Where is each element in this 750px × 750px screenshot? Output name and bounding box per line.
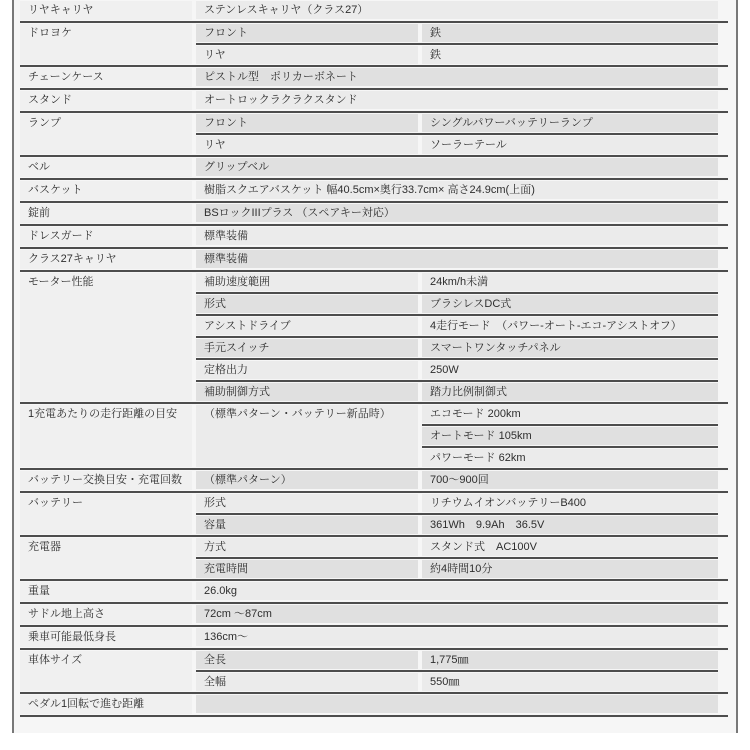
spec-subkey: 形式 — [196, 295, 418, 313]
spec-value: 樹脂スクエアバスケット 幅40.5cm×奥行33.7cm× 高さ24.9cm(上… — [196, 181, 718, 199]
spec-subrow: パワーモード 62km — [422, 446, 718, 468]
spec-subrow: 標準装備 — [196, 249, 718, 269]
spec-group-body: フロント シングルパワーバッテリーランプ リヤ ソーラーテール — [196, 113, 718, 155]
spec-row-label: 錠前 — [20, 204, 192, 223]
spec-group-body: 26.0kg — [196, 581, 718, 602]
spec-row-label: スタンド — [20, 91, 192, 110]
spec-group-body: フロント 鉄 リヤ 鉄 — [196, 23, 718, 65]
spec-group-basket: バスケット 樹脂スクエアバスケット 幅40.5cm×奥行33.7cm× 高さ24… — [20, 178, 728, 201]
spec-subrow: 26.0kg — [196, 581, 718, 601]
spec-subkey: フロント — [196, 24, 418, 42]
spec-subkey: （標準パターン） — [196, 471, 418, 489]
spec-row-label: 重量 — [20, 582, 192, 601]
spec-group-body: （標準パターン） 700～900回 — [196, 470, 718, 491]
spec-group-body: 136cm～ — [196, 627, 718, 648]
spec-subrow: 形式 リチウムイオンバッテリーB400 — [196, 493, 718, 513]
spec-subrow: ピストル型 ポリカーボネート — [196, 67, 718, 87]
spec-value: 700～900回 — [422, 471, 718, 489]
spec-group-body: 補助速度範囲 24km/h未満 形式 ブラシレスDC式 アシストドライブ 4走行… — [196, 272, 718, 402]
spec-subrow: 方式 スタンド式 AC100V — [196, 537, 718, 557]
spec-row-label: バスケット — [20, 181, 192, 200]
spec-subkey: 充電時間 — [196, 560, 418, 578]
spec-group-saddle-height: サドル地上高さ 72cm ～87cm — [20, 602, 728, 625]
spec-value: ステンレスキャリヤ（クラス27） — [196, 1, 718, 19]
spec-value: BSロックIIIプラス （スペアキー対応） — [196, 204, 718, 222]
spec-group-lock: 錠前 BSロックIIIプラス （スペアキー対応） — [20, 201, 728, 224]
spec-group-body: オートロックラクラクスタンド — [196, 90, 718, 111]
spec-subkey: 補助制御方式 — [196, 383, 418, 401]
spec-subkey: リヤ — [196, 136, 418, 154]
spec-row-label: ペダル1回転で進む距離 — [20, 695, 192, 714]
spec-value: 約4時間10分 — [422, 560, 718, 578]
spec-row-label: リヤキャリヤ — [20, 1, 192, 20]
spec-row-label: ドレスガード — [20, 227, 192, 246]
spec-subrow: フロント シングルパワーバッテリーランプ — [196, 113, 718, 133]
spec-group-body: BSロックIIIプラス （スペアキー対応） — [196, 203, 718, 224]
spec-subkey: 容量 — [196, 516, 418, 534]
spec-subrow: 樹脂スクエアバスケット 幅40.5cm×奥行33.7cm× 高さ24.9cm(上… — [196, 180, 718, 200]
spec-row-label: ベル — [20, 158, 192, 177]
spec-value: スタンド式 AC100V — [422, 538, 718, 556]
spec-group-body: 方式 スタンド式 AC100V 充電時間 約4時間10分 — [196, 537, 718, 579]
spec-subkey: 形式 — [196, 494, 418, 512]
spec-row-label: モーター性能 — [20, 273, 192, 401]
spec-subrow: リヤ ソーラーテール — [196, 133, 718, 155]
spec-subrow: （標準パターン） 700～900回 — [196, 470, 718, 490]
spec-subrow: 補助制御方式 踏力比例制御式 — [196, 380, 718, 402]
spec-group-motor: モーター性能 補助速度範囲 24km/h未満 形式 ブラシレスDC式 アシストド… — [20, 270, 728, 402]
spec-row-label: 1充電あたりの走行距離の目安 — [20, 405, 192, 467]
spec-subrow: 容量 361Wh 9.9Ah 36.5V — [196, 513, 718, 535]
spec-value: 72cm ～87cm — [196, 605, 718, 623]
spec-group-charger: 充電器 方式 スタンド式 AC100V 充電時間 約4時間10分 — [20, 535, 728, 579]
spec-row-label: 乗車可能最低身長 — [20, 628, 192, 647]
spec-subrow: 72cm ～87cm — [196, 604, 718, 624]
spec-group-body: 72cm ～87cm — [196, 604, 718, 625]
spec-value: 4走行モード （パワー-オート-エコ-アシストオフ） — [422, 317, 718, 335]
spec-value: 標準装備 — [196, 250, 718, 268]
spec-group-body: グリップベル — [196, 157, 718, 178]
spec-group-rear-carrier: リヤキャリヤ ステンレスキャリヤ（クラス27） — [20, 0, 728, 21]
spec-group-battery-cycles: バッテリー交換目安・充電回数 （標準パターン） 700～900回 — [20, 468, 728, 491]
spec-subrow — [196, 694, 718, 714]
spec-value: 550㎜ — [422, 673, 718, 691]
spec-value: 鉄 — [422, 24, 718, 42]
spec-value: パワーモード 62km — [422, 449, 718, 467]
spec-value: エコモード 200km — [422, 405, 718, 423]
spec-panel: リヤキャリヤ ステンレスキャリヤ（クラス27） ドロヨケ フロント 鉄 リヤ 鉄 — [12, 0, 738, 733]
spec-subkey: 補助速度範囲 — [196, 273, 418, 291]
spec-row-label: クラス27キャリヤ — [20, 250, 192, 269]
spec-group-body: 標準装備 — [196, 226, 718, 247]
spec-subrow: アシストドライブ 4走行モード （パワー-オート-エコ-アシストオフ） — [196, 314, 718, 336]
spec-subrow: オートロックラクラクスタンド — [196, 90, 718, 110]
spec-group-lamp: ランプ フロント シングルパワーバッテリーランプ リヤ ソーラーテール — [20, 111, 728, 155]
spec-subrow: 136cm～ — [196, 627, 718, 647]
spec-subkey: リヤ — [196, 46, 418, 64]
spec-group-body-size: 車体サイズ 全長 1,775㎜ 全幅 550㎜ — [20, 648, 728, 692]
spec-value: オートロックラクラクスタンド — [196, 91, 718, 109]
spec-group-body: エコモード 200km オートモード 105km パワーモード 62km — [422, 404, 718, 468]
spec-value: 標準装備 — [196, 227, 718, 245]
spec-value: 鉄 — [422, 46, 718, 64]
spec-value: スマートワンタッチパネル — [422, 339, 718, 357]
spec-group-bell: ベル グリップベル — [20, 155, 728, 178]
spec-subrow: グリップベル — [196, 157, 718, 177]
spec-group-dressguard: ドレスガード 標準装備 — [20, 224, 728, 247]
spec-group-range: 1充電あたりの走行距離の目安 （標準パターン・バッテリー新品時） エコモード 2… — [20, 402, 728, 468]
spec-row-label: 車体サイズ — [20, 651, 192, 691]
spec-subrow: ステンレスキャリヤ（クラス27） — [196, 0, 718, 20]
spec-group-body: 全長 1,775㎜ 全幅 550㎜ — [196, 650, 718, 692]
spec-subrow: 形式 ブラシレスDC式 — [196, 292, 718, 314]
spec-subrow: フロント 鉄 — [196, 23, 718, 43]
spec-subkey: アシストドライブ — [196, 317, 418, 335]
spec-value: 24km/h未満 — [422, 273, 718, 291]
spec-value: 26.0kg — [196, 582, 718, 600]
spec-value: 361Wh 9.9Ah 36.5V — [422, 516, 718, 534]
spec-value: ピストル型 ポリカーボネート — [196, 68, 718, 86]
spec-row-label: 充電器 — [20, 538, 192, 578]
spec-row-label: バッテリー — [20, 494, 192, 534]
spec-subrow: 標準装備 — [196, 226, 718, 246]
spec-value: オートモード 105km — [422, 427, 718, 445]
spec-subrow: BSロックIIIプラス （スペアキー対応） — [196, 203, 718, 223]
spec-group-battery: バッテリー 形式 リチウムイオンバッテリーB400 容量 361Wh 9.9Ah… — [20, 491, 728, 535]
spec-subrow: 手元スイッチ スマートワンタッチパネル — [196, 336, 718, 358]
spec-group-stand: スタンド オートロックラクラクスタンド — [20, 88, 728, 111]
spec-subrow: 全長 1,775㎜ — [196, 650, 718, 670]
spec-value: 踏力比例制御式 — [422, 383, 718, 401]
spec-value: 250W — [422, 361, 718, 379]
spec-value: リチウムイオンバッテリーB400 — [422, 494, 718, 512]
spec-group-body: ピストル型 ポリカーボネート — [196, 67, 718, 88]
spec-subrow: 充電時間 約4時間10分 — [196, 557, 718, 579]
spec-row-label: ドロヨケ — [20, 24, 192, 64]
spec-group-body: 樹脂スクエアバスケット 幅40.5cm×奥行33.7cm× 高さ24.9cm(上… — [196, 180, 718, 201]
spec-subrow: オートモード 105km — [422, 424, 718, 446]
spec-value: ブラシレスDC式 — [422, 295, 718, 313]
spec-subrow: 全幅 550㎜ — [196, 670, 718, 692]
spec-group-class27-carrier: クラス27キャリヤ 標準装備 — [20, 247, 728, 270]
spec-group-body: 形式 リチウムイオンバッテリーB400 容量 361Wh 9.9Ah 36.5V — [196, 493, 718, 535]
spec-subkey: 手元スイッチ — [196, 339, 418, 357]
spec-subkey: 定格出力 — [196, 361, 418, 379]
spec-row-label: サドル地上高さ — [20, 605, 192, 624]
spec-value: 1,775㎜ — [422, 651, 718, 669]
spec-value: 136cm～ — [196, 628, 718, 646]
spec-group-body: 標準装備 — [196, 249, 718, 270]
spec-group-min-height: 乗車可能最低身長 136cm～ — [20, 625, 728, 648]
spec-subrow: 補助速度範囲 24km/h未満 — [196, 272, 718, 292]
spec-value: ソーラーテール — [422, 136, 718, 154]
spec-value: シングルパワーバッテリーランプ — [422, 114, 718, 132]
spec-subrow: 定格出力 250W — [196, 358, 718, 380]
spec-row-label: チェーンケース — [20, 68, 192, 87]
spec-subrow: リヤ 鉄 — [196, 43, 718, 65]
spec-group-body — [196, 694, 718, 715]
spec-group-chaincase: チェーンケース ピストル型 ポリカーボネート — [20, 65, 728, 88]
spec-value — [196, 695, 718, 713]
spec-row-label: バッテリー交換目安・充電回数 — [20, 471, 192, 490]
spec-value: グリップベル — [196, 158, 718, 176]
spec-row-note: （標準パターン・バッテリー新品時） — [196, 405, 418, 467]
spec-table: リヤキャリヤ ステンレスキャリヤ（クラス27） ドロヨケ フロント 鉄 リヤ 鉄 — [20, 0, 728, 717]
spec-group-pedal-distance: ペダル1回転で進む距離 — [20, 692, 728, 715]
spec-subkey: 全長 — [196, 651, 418, 669]
spec-group-body: ステンレスキャリヤ（クラス27） — [196, 0, 718, 21]
spec-group-mudguard: ドロヨケ フロント 鉄 リヤ 鉄 — [20, 21, 728, 65]
spec-group-weight: 重量 26.0kg — [20, 579, 728, 602]
spec-subkey: 方式 — [196, 538, 418, 556]
spec-subrow: エコモード 200km — [422, 404, 718, 424]
spec-subkey: 全幅 — [196, 673, 418, 691]
spec-subkey: フロント — [196, 114, 418, 132]
spec-row-label: ランプ — [20, 114, 192, 154]
